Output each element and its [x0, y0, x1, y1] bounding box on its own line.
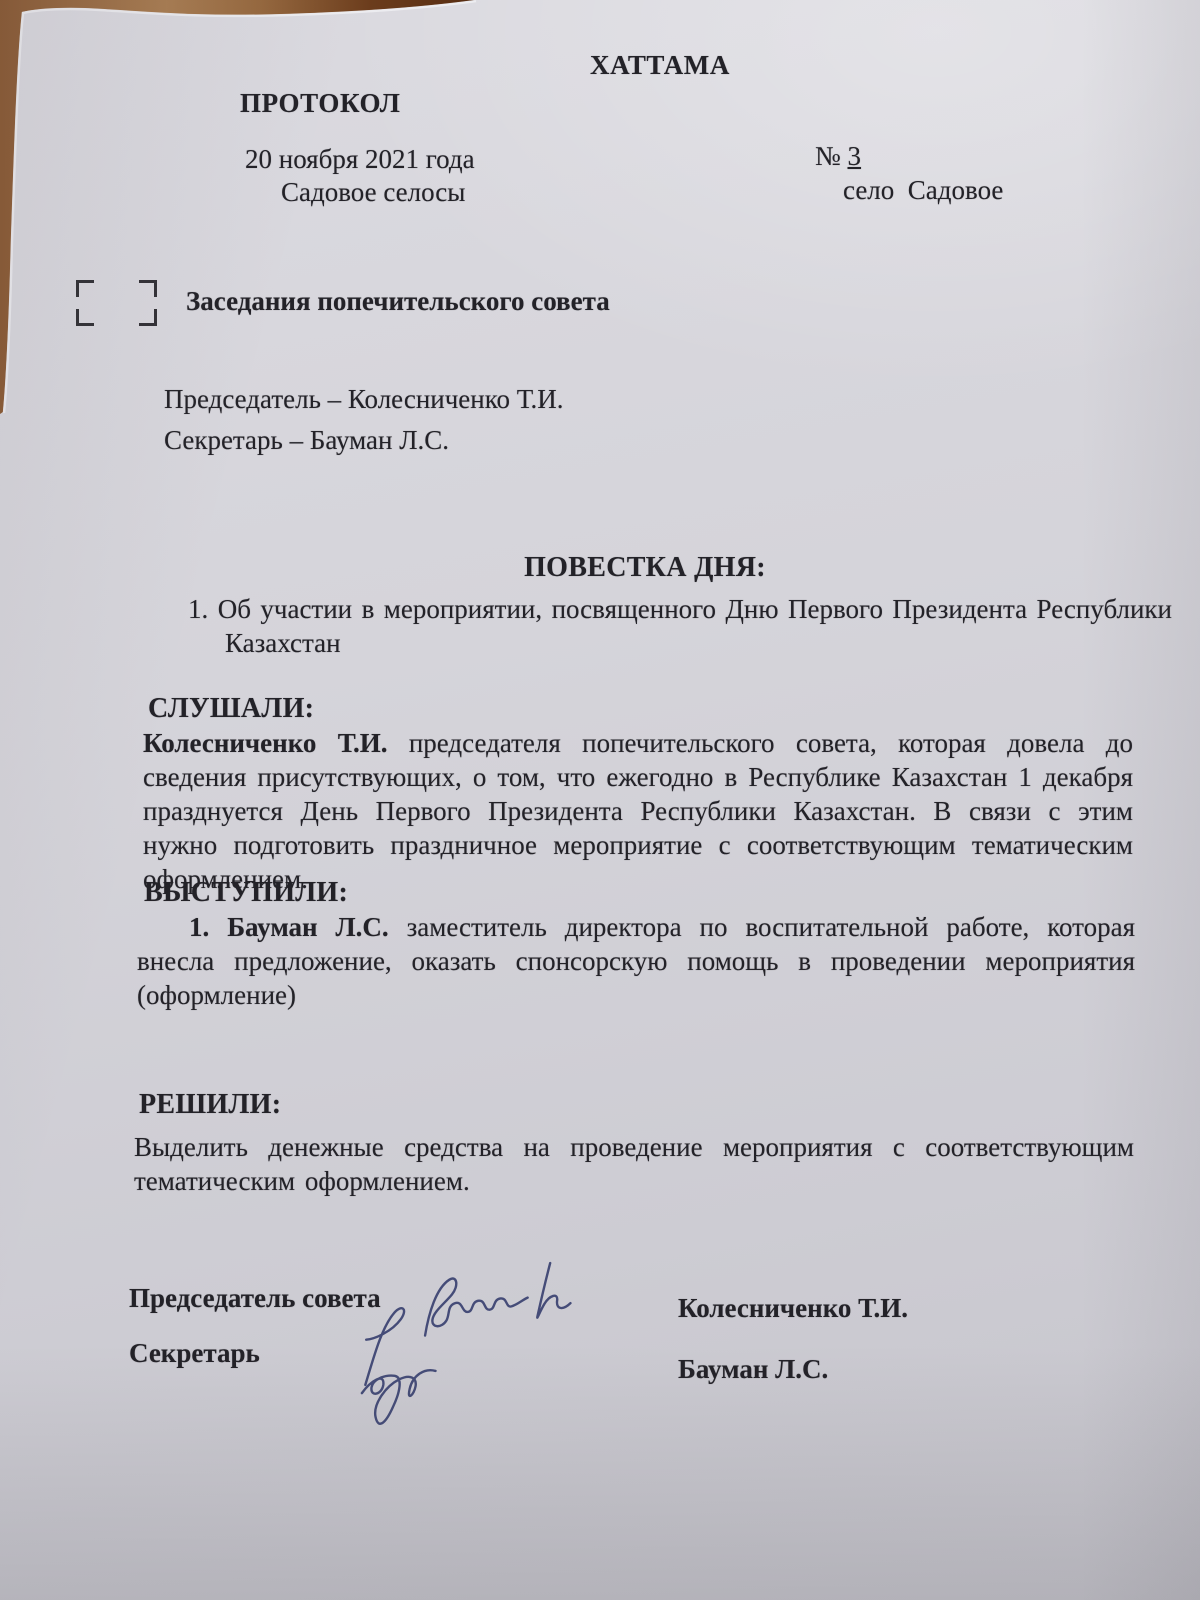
agenda-heading: ПОВЕСТКА ДНЯ:	[90, 551, 1200, 585]
spoke-heading: ВЫСТУПИЛИ:	[144, 876, 348, 910]
secretary-signature	[333, 1287, 478, 1441]
doc-place-kazakh: Садовое селосы	[281, 175, 465, 209]
doc-number-value: 3	[848, 141, 862, 171]
signature-secretary-name: Бауман Л.С.	[678, 1352, 828, 1386]
agenda-item: 1. Об участии в мероприятии, посвященног…	[188, 592, 1172, 660]
doc-place-russian: село Садовое	[843, 173, 1003, 207]
agenda-item-number: 1.	[188, 594, 208, 624]
box-corner-bottom-left-mark	[76, 309, 94, 326]
signature-chairman-name: Колесниченко Т.И.	[678, 1291, 908, 1325]
box-corner-top-right-mark	[139, 280, 157, 297]
photo-of-document: { "photo": { "paper_color": "#d3d2d8", "…	[0, 0, 1200, 1600]
spoke-speaker-name: 1. Бауман Л.С.	[189, 912, 389, 942]
heard-heading: СЛУШАЛИ:	[148, 692, 314, 726]
doc-title-kazakh: ХАТТАМА	[120, 48, 1200, 82]
agenda-item-text: Об участии в мероприятии, посвященного Д…	[218, 594, 1172, 658]
resolved-paragraph: Выделить денежные средства на проведение…	[134, 1130, 1134, 1198]
resolved-heading: РЕШИЛИ:	[139, 1088, 281, 1122]
box-corner-bottom-right-mark	[139, 309, 157, 326]
secretary-line: Секретарь – Бауман Л.С.	[164, 423, 449, 457]
document-sheet: ХАТТАМА ПРОТОКОЛ 20 ноября 2021 года Сад…	[0, 0, 1200, 1600]
spoke-paragraph: 1. Бауман Л.С. заместитель директора по …	[137, 910, 1135, 1012]
doc-number-label: №	[815, 141, 841, 171]
doc-number: № 3	[815, 139, 861, 173]
heard-paragraph: Колесниченко Т.И. председателя попечител…	[143, 726, 1133, 896]
title-corner-left-mark	[175, 271, 187, 284]
signature-secretary-title: Секретарь	[129, 1336, 260, 1370]
box-corner-top-left-mark	[76, 280, 94, 297]
doc-title-russian: ПРОТОКОЛ	[240, 86, 400, 120]
chairman-line: Председатель – Колесниченко Т.И.	[164, 382, 564, 416]
doc-date: 20 ноября 2021 года	[245, 142, 475, 176]
meeting-subject-title: Заседания попечительского совета	[186, 284, 610, 318]
heard-speaker-name: Колесниченко Т.И.	[143, 728, 388, 758]
